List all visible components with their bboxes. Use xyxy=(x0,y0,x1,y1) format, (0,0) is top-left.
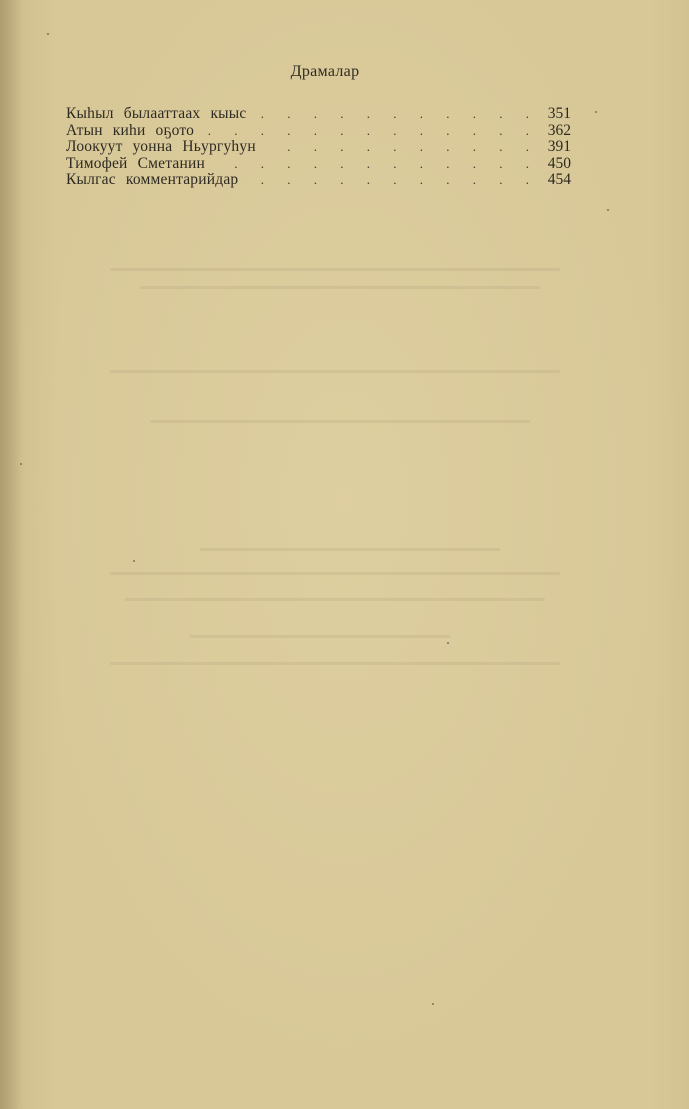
bleed-through-line xyxy=(125,598,545,601)
section-title: Драмалар xyxy=(0,63,650,81)
dot-leader: . . . . . . . . . . . . . . . . . . . . … xyxy=(248,172,539,189)
toc-entry-page: 450 xyxy=(543,156,571,173)
toc-entry-title: Атын киһи оҕото xyxy=(66,123,194,140)
bleed-through-line xyxy=(140,286,540,289)
dot-leader: . . . . . . . . . . . . . . . . . . . . … xyxy=(266,139,539,156)
toc-entry-title: Кыһыл былааттаах кыыс xyxy=(66,106,246,123)
bleed-through-line xyxy=(110,662,560,665)
toc-entry: Кылгас комментарийдар . . . . . . . . . … xyxy=(66,172,571,189)
paper-speck xyxy=(595,111,597,113)
paper-speck xyxy=(133,560,135,562)
toc-entry-page: 391 xyxy=(543,139,571,156)
dot-leader: . . . . . . . . . . . . . . . . . . . . … xyxy=(204,123,539,140)
bleed-through-line xyxy=(110,370,560,373)
toc-entry: Кыһыл былааттаах кыыс . . . . . . . . . … xyxy=(66,106,571,123)
spine-shadow xyxy=(0,0,24,1109)
toc-entry-title: Лоокуут уонна Ньургуһун xyxy=(66,139,256,156)
bleed-through-line xyxy=(110,268,560,271)
toc-entry: Лоокуут уонна Ньургуһун . . . . . . . . … xyxy=(66,139,571,156)
table-of-contents: Кыһыл былааттаах кыыс . . . . . . . . . … xyxy=(66,106,571,189)
bleed-through-line xyxy=(150,420,530,423)
book-page: Драмалар Кыһыл былааттаах кыыс . . . . .… xyxy=(0,0,689,1109)
paper-speck xyxy=(447,642,449,644)
dot-leader: . . . . . . . . . . . . . . . . . . . . … xyxy=(215,156,539,173)
toc-entry-page: 362 xyxy=(543,123,571,140)
toc-entry-title: Кылгас комментарийдар xyxy=(66,172,238,189)
toc-entry-title: Тимофей Сметанин xyxy=(66,156,205,173)
paper-speck xyxy=(432,1003,434,1005)
bleed-through-line xyxy=(200,548,500,551)
toc-entry: Атын киһи оҕото . . . . . . . . . . . . … xyxy=(66,123,571,140)
dot-leader: . . . . . . . . . . . . . . . . . . . . … xyxy=(256,106,539,123)
bleed-through-line xyxy=(110,572,560,575)
bleed-through-line xyxy=(190,635,450,638)
paper-speck xyxy=(20,463,22,465)
paper-speck xyxy=(607,209,609,211)
paper-speck xyxy=(47,33,49,35)
toc-entry-page: 454 xyxy=(543,172,571,189)
toc-entry: Тимофей Сметанин . . . . . . . . . . . .… xyxy=(66,156,571,173)
toc-entry-page: 351 xyxy=(543,106,571,123)
